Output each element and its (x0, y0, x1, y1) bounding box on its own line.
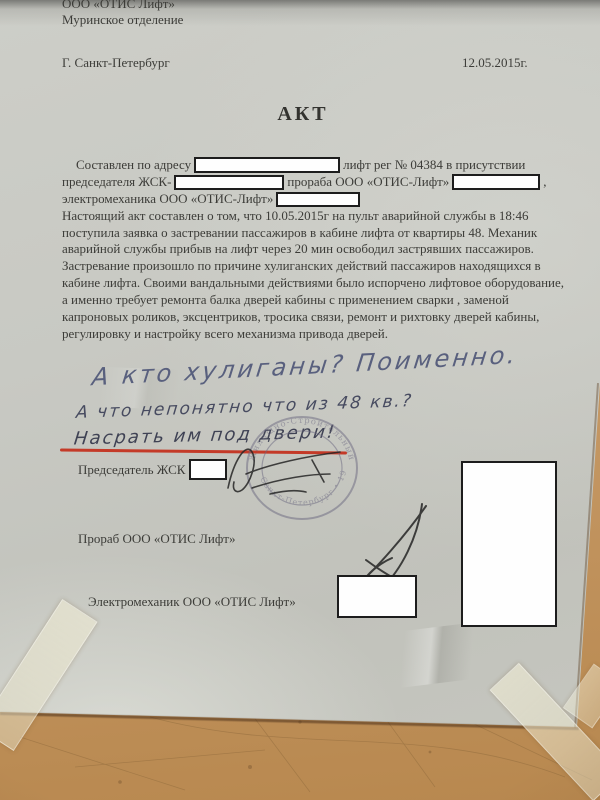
body-paragraph-line: капроновых роликов, эксцентриков, тросик… (62, 309, 554, 326)
body-paragraph-line: аварийной службы прибыв на лифт через 20… (62, 241, 554, 258)
date-label: 12.05.2015г. (462, 55, 528, 71)
body-paragraph-line: регулировку и настройку всего механизма … (62, 326, 554, 343)
handwritten-note-1: А кто хулиганы? Поименно. (91, 341, 520, 392)
chairman-signature (212, 430, 352, 508)
redaction-box-foreman-name (452, 174, 540, 190)
photo-of-document: ООО «ОТИС Лифт» Муринское отделение Г. С… (0, 0, 600, 800)
chairman-label: Председатель ЖСК (78, 462, 185, 478)
body-line-chairman: председателя ЖСК- прораба ООО «ОТИС-Лифт… (62, 174, 554, 191)
body-line-address: Составлен по адресу лифт рег № 04384 в п… (62, 157, 554, 174)
document-title: АКТ (62, 103, 544, 126)
body-paragraph-line: поступила заявка о застревании пассажиро… (62, 225, 554, 242)
org-name: ООО «ОТИС Лифт» (62, 0, 175, 12)
body-paragraph-line: а именно требует ремонта балка дверей ка… (62, 292, 554, 309)
redaction-box-electrician-name (276, 192, 360, 207)
body-paragraph-line: Застревание произошло по причине хулиган… (62, 258, 554, 275)
foreman-label: Прораб ООО «ОТИС Лифт» (78, 531, 235, 547)
redaction-box-right-large (461, 461, 557, 627)
redaction-box-address (194, 157, 340, 173)
body-line-electrician: электромеханика ООО «ОТИС-Лифт» (62, 191, 554, 208)
document-body: Составлен по адресу лифт рег № 04384 в п… (62, 157, 554, 343)
redaction-box-electrician-sign (337, 575, 417, 618)
body-paragraph-line: кабине лифта. Своими вандальными действи… (62, 275, 554, 292)
city-label: Г. Санкт-Петербург (62, 55, 170, 71)
body-text: электромеханика ООО «ОТИС-Лифт» (62, 191, 273, 208)
branch-name: Муринское отделение (62, 12, 183, 28)
redaction-box-chairman-name (174, 175, 284, 190)
body-paragraph-line: Настоящий акт составлен о том, что 10.05… (62, 208, 554, 225)
body-text: прораба ООО «ОТИС-Лифт» (287, 174, 449, 191)
electrician-label: Электромеханик ООО «ОТИС Лифт» (88, 594, 296, 610)
body-text: лифт рег № 04384 в присутствии (343, 157, 525, 174)
chairman-signature-row: Председатель ЖСК (78, 459, 227, 480)
body-text: председателя ЖСК- (62, 174, 171, 191)
body-text: Составлен по адресу (76, 157, 191, 174)
body-text: , (543, 174, 546, 191)
